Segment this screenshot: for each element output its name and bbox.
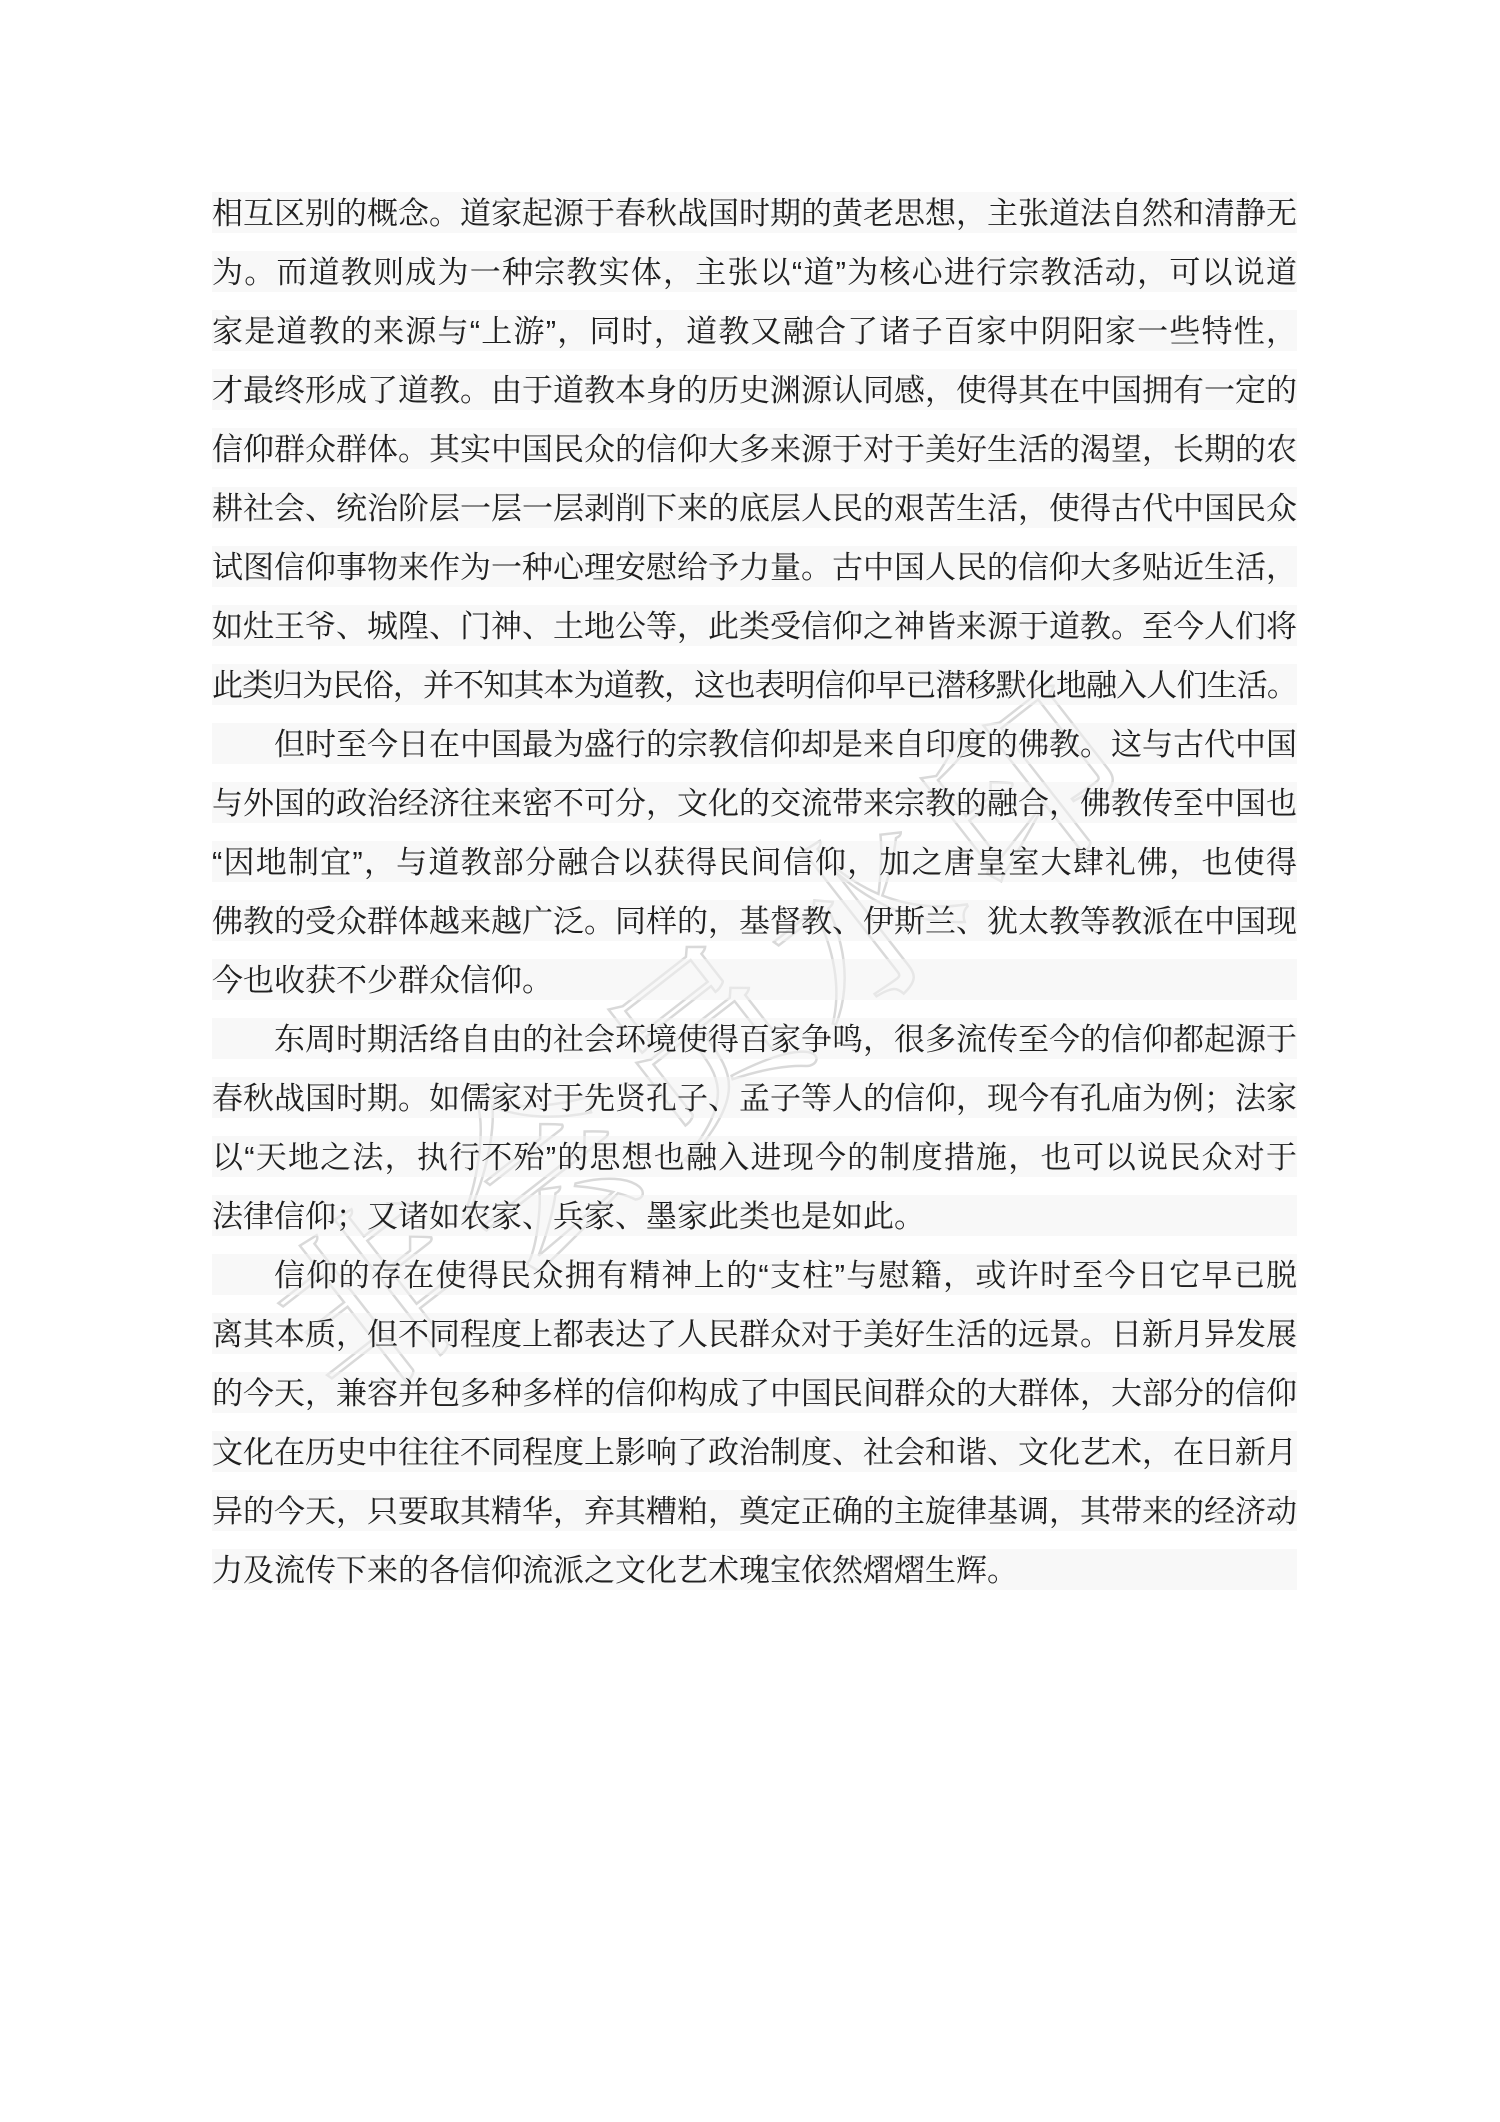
text-line: 异的今天，只要取其精华，弃其糟粕，奠定正确的主旋律基调，其带来的经济动 bbox=[212, 1482, 1297, 1541]
text-line: 此类归为民俗，并不知其本为道教，这也表明信仰早已潜移默化地融入人们生活。 bbox=[212, 656, 1297, 715]
text-line: 文化在历史中往往不同程度上影响了政治制度、社会和谐、文化艺术，在日新月 bbox=[212, 1423, 1297, 1482]
text-line: 法律信仰；又诸如农家、兵家、墨家此类也是如此。 bbox=[212, 1187, 1297, 1246]
text-line: 的今天，兼容并包多种多样的信仰构成了中国民间群众的大群体，大部分的信仰 bbox=[212, 1364, 1297, 1423]
text-line: 才最终形成了道教。由于道教本身的历史渊源认同感，使得其在中国拥有一定的 bbox=[212, 361, 1297, 420]
text-line: 为。而道教则成为一种宗教实体，主张以“道”为核心进行宗教活动，可以说道 bbox=[212, 243, 1297, 302]
text-line: 试图信仰事物来作为一种心理安慰给予力量。古中国人民的信仰大多贴近生活， bbox=[212, 538, 1297, 597]
text-line: “因地制宜”，与道教部分融合以获得民间信仰，加之唐皇室大肆礼佛，也使得 bbox=[212, 833, 1297, 892]
text-line: 与外国的政治经济往来密不可分，文化的交流带来宗教的融合，佛教传至中国也 bbox=[212, 774, 1297, 833]
text-line: 家是道教的来源与“上游”，同时，道教又融合了诸子百家中阴阳家一些特性， bbox=[212, 302, 1297, 361]
text-line: 但时至今日在中国最为盛行的宗教信仰却是来自印度的佛教。这与古代中国 bbox=[212, 715, 1297, 774]
text-line: 信仰群众群体。其实中国民众的信仰大多来源于对于美好生活的渴望，长期的农 bbox=[212, 420, 1297, 479]
text-line: 耕社会、统治阶层一层一层剥削下来的底层人民的艰苦生活，使得古代中国民众 bbox=[212, 479, 1297, 538]
text-line: 以“天地之法，执行不殆”的思想也融入进现今的制度措施，也可以说民众对于 bbox=[212, 1128, 1297, 1187]
text-line: 春秋战国时期。如儒家对于先贤孔子、孟子等人的信仰，现今有孔庙为例；法家 bbox=[212, 1069, 1297, 1128]
text-line: 佛教的受众群体越来越广泛。同样的，基督教、伊斯兰、犹太教等教派在中国现 bbox=[212, 892, 1297, 951]
text-line: 今也收获不少群众信仰。 bbox=[212, 951, 1297, 1010]
text-line: 东周时期活络自由的社会环境使得百家争鸣，很多流传至今的信仰都起源于 bbox=[212, 1010, 1297, 1069]
text-line: 如灶王爷、城隍、门神、土地公等，此类受信仰之神皆来源于道教。至今人们将 bbox=[212, 597, 1297, 656]
body-text: 相互区别的概念。道家起源于春秋战国时期的黄老思想，主张道法自然和清静无 为。而道… bbox=[212, 184, 1297, 1600]
text-line: 力及流传下来的各信仰流派之文化艺术瑰宝依然熠熠生辉。 bbox=[212, 1541, 1297, 1600]
document-page: 非会员水印 相互区别的概念。道家起源于春秋战国时期的黄老思想，主张道法自然和清静… bbox=[0, 0, 1500, 2122]
text-line: 信仰的存在使得民众拥有精神上的“支柱”与慰籍，或许时至今日它早已脱 bbox=[212, 1246, 1297, 1305]
text-line: 相互区别的概念。道家起源于春秋战国时期的黄老思想，主张道法自然和清静无 bbox=[212, 184, 1297, 243]
text-line: 离其本质，但不同程度上都表达了人民群众对于美好生活的远景。日新月异发展 bbox=[212, 1305, 1297, 1364]
